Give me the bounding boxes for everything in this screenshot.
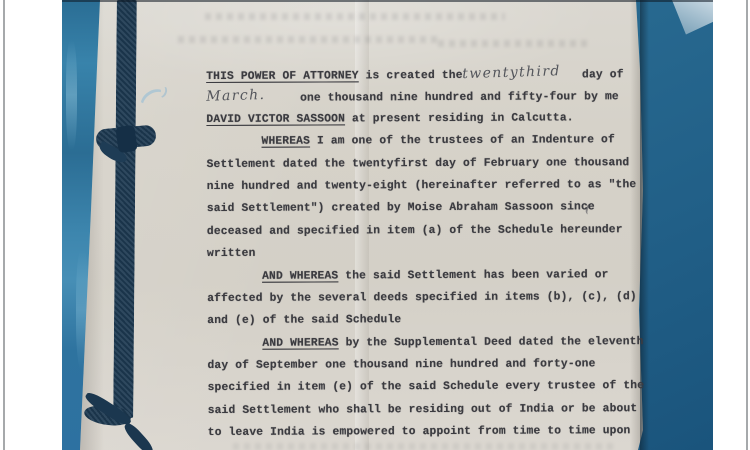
frame-border-right [746,0,748,450]
typed-text: day of September one thousand nine hundr… [207,358,595,372]
typed-text: day of [561,69,623,81]
ribbon-knot [115,125,137,153]
typed-line: AND WHEREAS the said Settlement has been… [207,264,669,288]
showthrough-text [178,36,440,43]
photo-top-edge [62,0,713,2]
handwritten-text: March. [206,84,266,108]
typed-text: one thousand nine hundred and fifty-four… [265,92,618,106]
typed-line: to leave India is empowered to appoint f… [208,420,670,444]
typed-line: said Settlement who shall be residing ou… [208,398,670,422]
typed-text: Settlement dated the twentyfirst day of … [207,157,630,171]
typed-line: specified in item (e) of the said Schedu… [208,375,670,399]
typed-text: nine hundred and twenty-eight (hereinaft… [207,179,637,193]
underlined-typed-text: THIS POWER OF ATTORNEY [206,70,359,83]
typed-text: by the Supplemental Deed dated the eleve… [339,336,644,349]
binding-ribbon [113,0,137,418]
showthrough-text [205,13,505,20]
document-photo: THIS POWER OF ATTORNEY is created thetwe… [62,0,713,450]
page: { "colors": { "photo_blue": "#2c6f96", "… [0,0,750,450]
underlined-typed-text: DAVID VICTOR SASSOON [206,113,345,126]
typed-text: said Settlement who shall be residing ou… [208,403,638,417]
typed-text: the said Settlement has been varied or [338,269,608,282]
typed-line: written [207,241,669,265]
typed-line: affected by the several deeds specified … [207,286,669,310]
typed-line: WHEREAS I am one of the trustees of an I… [206,129,668,153]
underlined-typed-text: AND WHEREAS [262,337,338,349]
typed-line: deceased and specified in item (a) of th… [207,219,669,243]
typed-text: and (e) of the said Schedule [207,314,401,327]
typed-line: Settlement dated the twentyfirst day of … [207,152,669,176]
underlined-typed-text: WHEREAS [261,136,310,148]
typed-line: nine hundred and twenty-eight (hereinaft… [207,174,669,198]
showthrough-text [438,40,590,47]
typed-line: THIS POWER OF ATTORNEY is created thetwe… [206,62,668,86]
handwritten-text: twentythird [462,60,561,85]
translucent-corner [672,0,713,42]
typed-text: specified in item (e) of the said Schedu… [208,381,645,395]
typed-text: written [207,248,256,260]
typed-line: AND WHEREAS by the Supplemental Deed dat… [207,331,669,355]
underlined-typed-text: AND WHEREAS [262,270,338,282]
typed-text: to leave India is empowered to appoint f… [208,425,631,439]
typed-text: said Settlement") created by Moise Abrah… [207,202,595,216]
typed-text: deceased and specified in item (a) of th… [207,224,623,238]
frame-border-left [3,0,5,450]
wrapper-highlight [66,40,77,150]
typed-line: day of September one thousand nine hundr… [207,353,669,377]
typed-lines: THIS POWER OF ATTORNEY is created thetwe… [206,62,670,445]
typed-text: at present residing in Calcutta. [345,112,574,125]
typed-line: March. one thousand nine hundred and fif… [206,84,668,108]
typed-line: and (e) of the said Schedule [207,308,669,332]
typed-text: I am one of the trustees of an Indenture… [310,134,615,147]
typed-line: said Settlement") created by Moise Abrah… [207,196,669,220]
typed-text: affected by the several deeds specified … [207,291,637,305]
typed-line: DAVID VICTOR SASSOON at present residing… [206,107,668,131]
typed-text: is created the [359,70,463,82]
